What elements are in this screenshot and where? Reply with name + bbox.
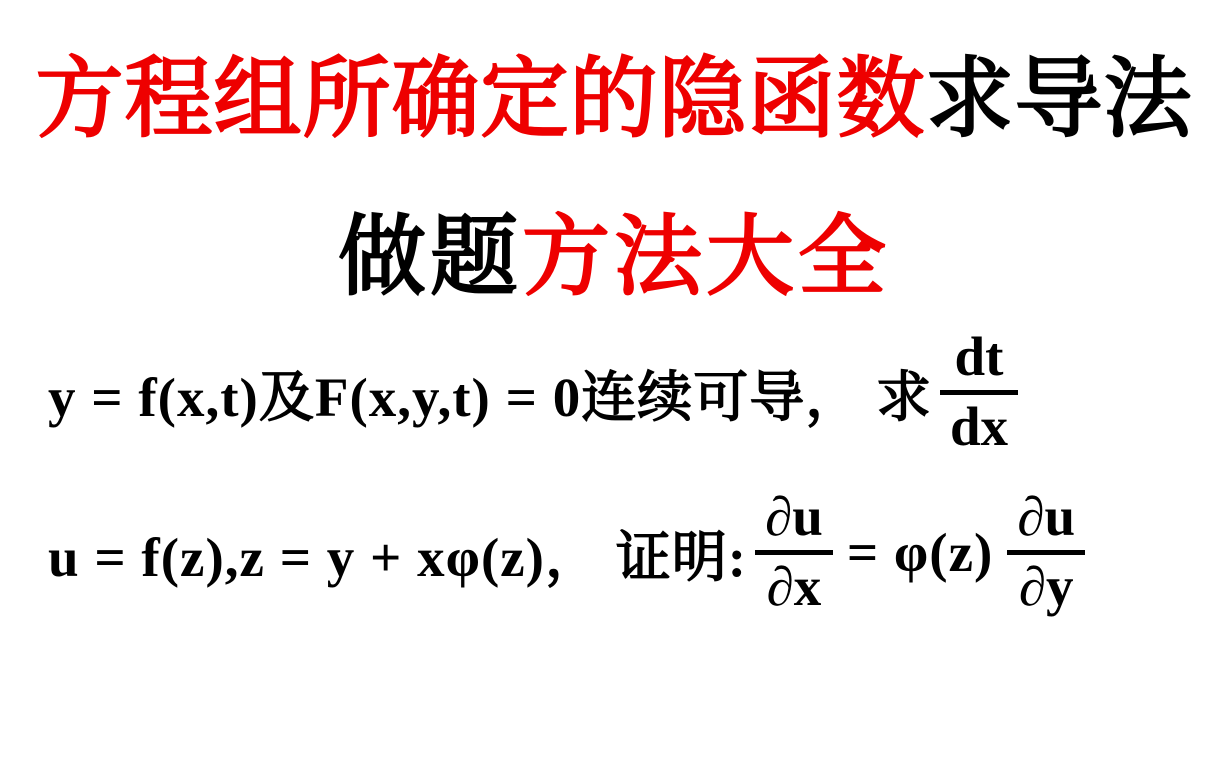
fraction-du-dy-denominator: ∂y <box>1007 555 1085 615</box>
fraction-du-dy-numerator: ∂u <box>1007 489 1085 554</box>
equation-2-text: u = f(z),z = y + xφ(z)， 证明: <box>48 513 747 592</box>
fraction-dt-dx-denominator: dx <box>940 395 1018 455</box>
equation-2-middle-text: = φ(z) <box>847 521 993 584</box>
equation-1: y = f(x,t)及F(x,y,t) = 0连续可导， 求 dt dx <box>48 322 1026 462</box>
fraction-du-dx-denominator: ∂x <box>755 555 833 615</box>
equation-1-text: y = f(x,t)及F(x,y,t) = 0连续可导， 求 <box>48 353 932 432</box>
fraction-du-dx-numerator: ∂u <box>755 489 833 554</box>
title-line2-black-segment: 做题 <box>338 210 522 307</box>
fraction-dt-dx: dt dx <box>940 329 1018 454</box>
slide-canvas: 方程组所确定的隐函数求导法 做题方法大全 y = f(x,t)及F(x,y,t)… <box>0 0 1228 768</box>
title-line1-black-segment: 求导法 <box>926 52 1193 149</box>
title-line-2: 做题方法大全 <box>0 208 1228 309</box>
title-line1-red-segment: 方程组所确定的隐函数 <box>35 52 925 149</box>
title-line2-red-segment: 方法大全 <box>522 210 890 307</box>
fraction-dt-dx-numerator: dt <box>940 329 1018 394</box>
title-line-1: 方程组所确定的隐函数求导法 <box>0 50 1228 151</box>
equation-2: u = f(z),z = y + xφ(z)， 证明: ∂u ∂x = φ(z)… <box>48 472 1093 632</box>
fraction-du-dy: ∂u ∂y <box>1007 489 1085 614</box>
fraction-du-dx: ∂u ∂x <box>755 489 833 614</box>
